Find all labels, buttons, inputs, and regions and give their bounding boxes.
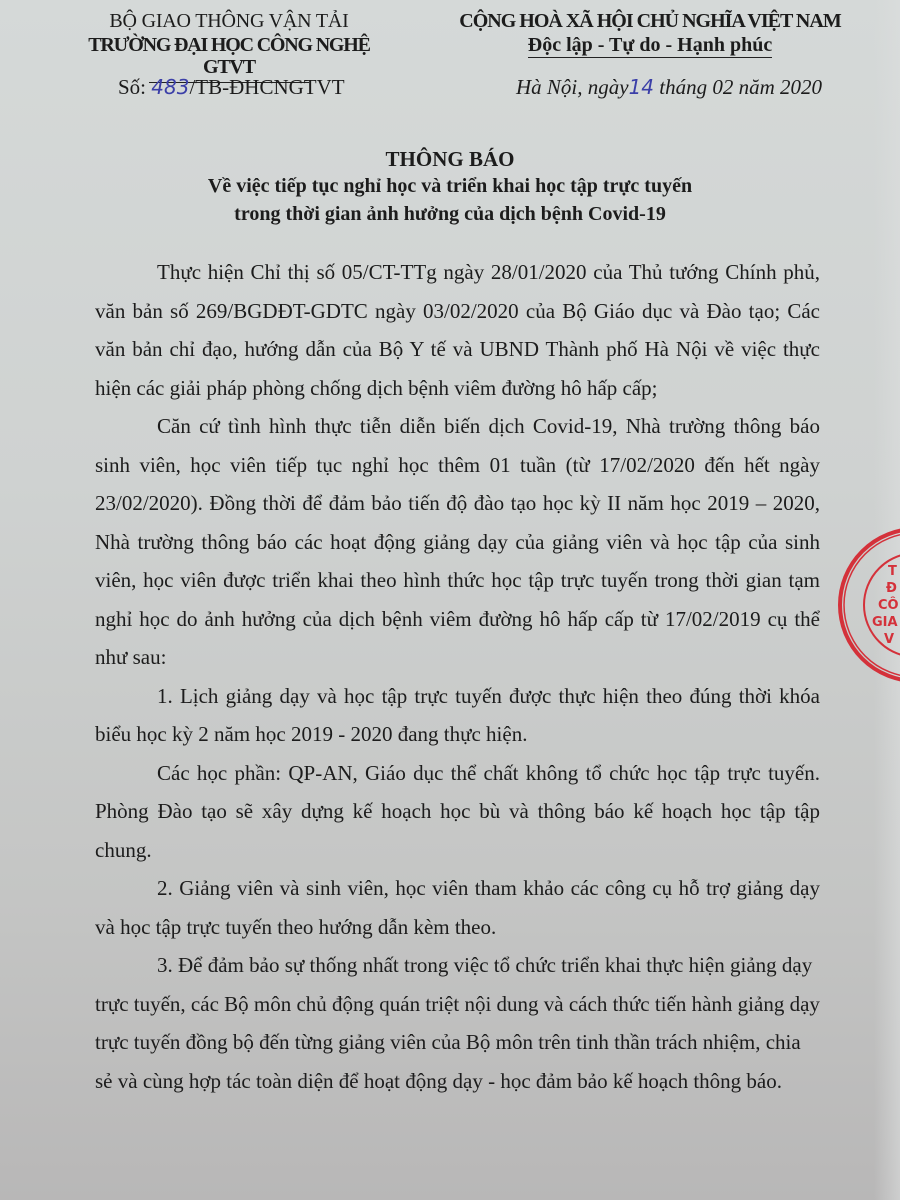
notice-subtitle-line2: trong thời gian ảnh hưởng của dịch bệnh … <box>0 200 900 228</box>
ministry-name: BỘ GIAO THÔNG VẬN TẢI <box>74 8 384 34</box>
svg-text:CÔ: CÔ <box>878 597 899 613</box>
notice-title-block: THÔNG BÁO Về việc tiếp tục nghỉ học và t… <box>0 146 900 228</box>
paragraph-announcement: Căn cứ tình hình thực tiễn diễn biến dịc… <box>95 407 820 677</box>
national-motto: Độc lập - Tự do - Hạnh phúc <box>528 34 772 58</box>
svg-text:V: V <box>884 632 894 647</box>
notice-title: THÔNG BÁO <box>0 146 900 172</box>
doc-number-suffix: /TB-ĐHCNGTVT <box>189 75 344 99</box>
issuer-header: BỘ GIAO THÔNG VẬN TẢI TRƯỜNG ĐẠI HỌC CÔN… <box>74 8 384 83</box>
school-name: TRƯỜNG ĐẠI HỌC CÔNG NGHỆ GTVT <box>74 34 384 78</box>
date-suffix: tháng 02 năm 2020 <box>654 75 822 99</box>
paragraph-item-1-note: Các học phần: QP-AN, Giáo dục thể chất k… <box>95 754 820 870</box>
paragraph-item-2: 2. Giảng viên và sinh viên, học viên tha… <box>95 869 820 946</box>
doc-number-prefix: Số: <box>118 75 151 99</box>
place-date: Hà Nội, ngày14 tháng 02 năm 2020 <box>516 75 822 100</box>
notice-body: Thực hiện Chỉ thị số 05/CT-TTg ngày 28/0… <box>95 253 820 1100</box>
date-prefix: Hà Nội, ngày <box>516 75 629 99</box>
national-header: CỘNG HOÀ XÃ HỘI CHỦ NGHĨA VIỆT NAM Độc l… <box>440 8 860 58</box>
svg-text:T: T <box>888 564 897 579</box>
paragraph-item-1: 1. Lịch giảng dạy và học tập trực tuyến … <box>95 677 820 754</box>
notice-subtitle-line1: Về việc tiếp tục nghỉ học và triển khai … <box>0 172 900 200</box>
svg-text:GIA: GIA <box>872 615 898 630</box>
date-day-handwritten: 14 <box>629 75 654 99</box>
svg-text:Đ: Đ <box>886 581 897 596</box>
paragraph-legal-basis: Thực hiện Chỉ thị số 05/CT-TTg ngày 28/0… <box>95 253 820 407</box>
official-seal-icon: BỘ GIAO TH TĐCÔGIAV <box>836 525 900 685</box>
document-number: Số: 483/TB-ĐHCNGTVT <box>118 75 345 100</box>
paragraph-item-3: 3. Để đảm bảo sự thống nhất trong việc t… <box>95 946 820 1100</box>
doc-number-handwritten: 483 <box>151 75 189 99</box>
nation-name: CỘNG HOÀ XÃ HỘI CHỦ NGHĨA VIỆT NAM <box>440 8 860 34</box>
